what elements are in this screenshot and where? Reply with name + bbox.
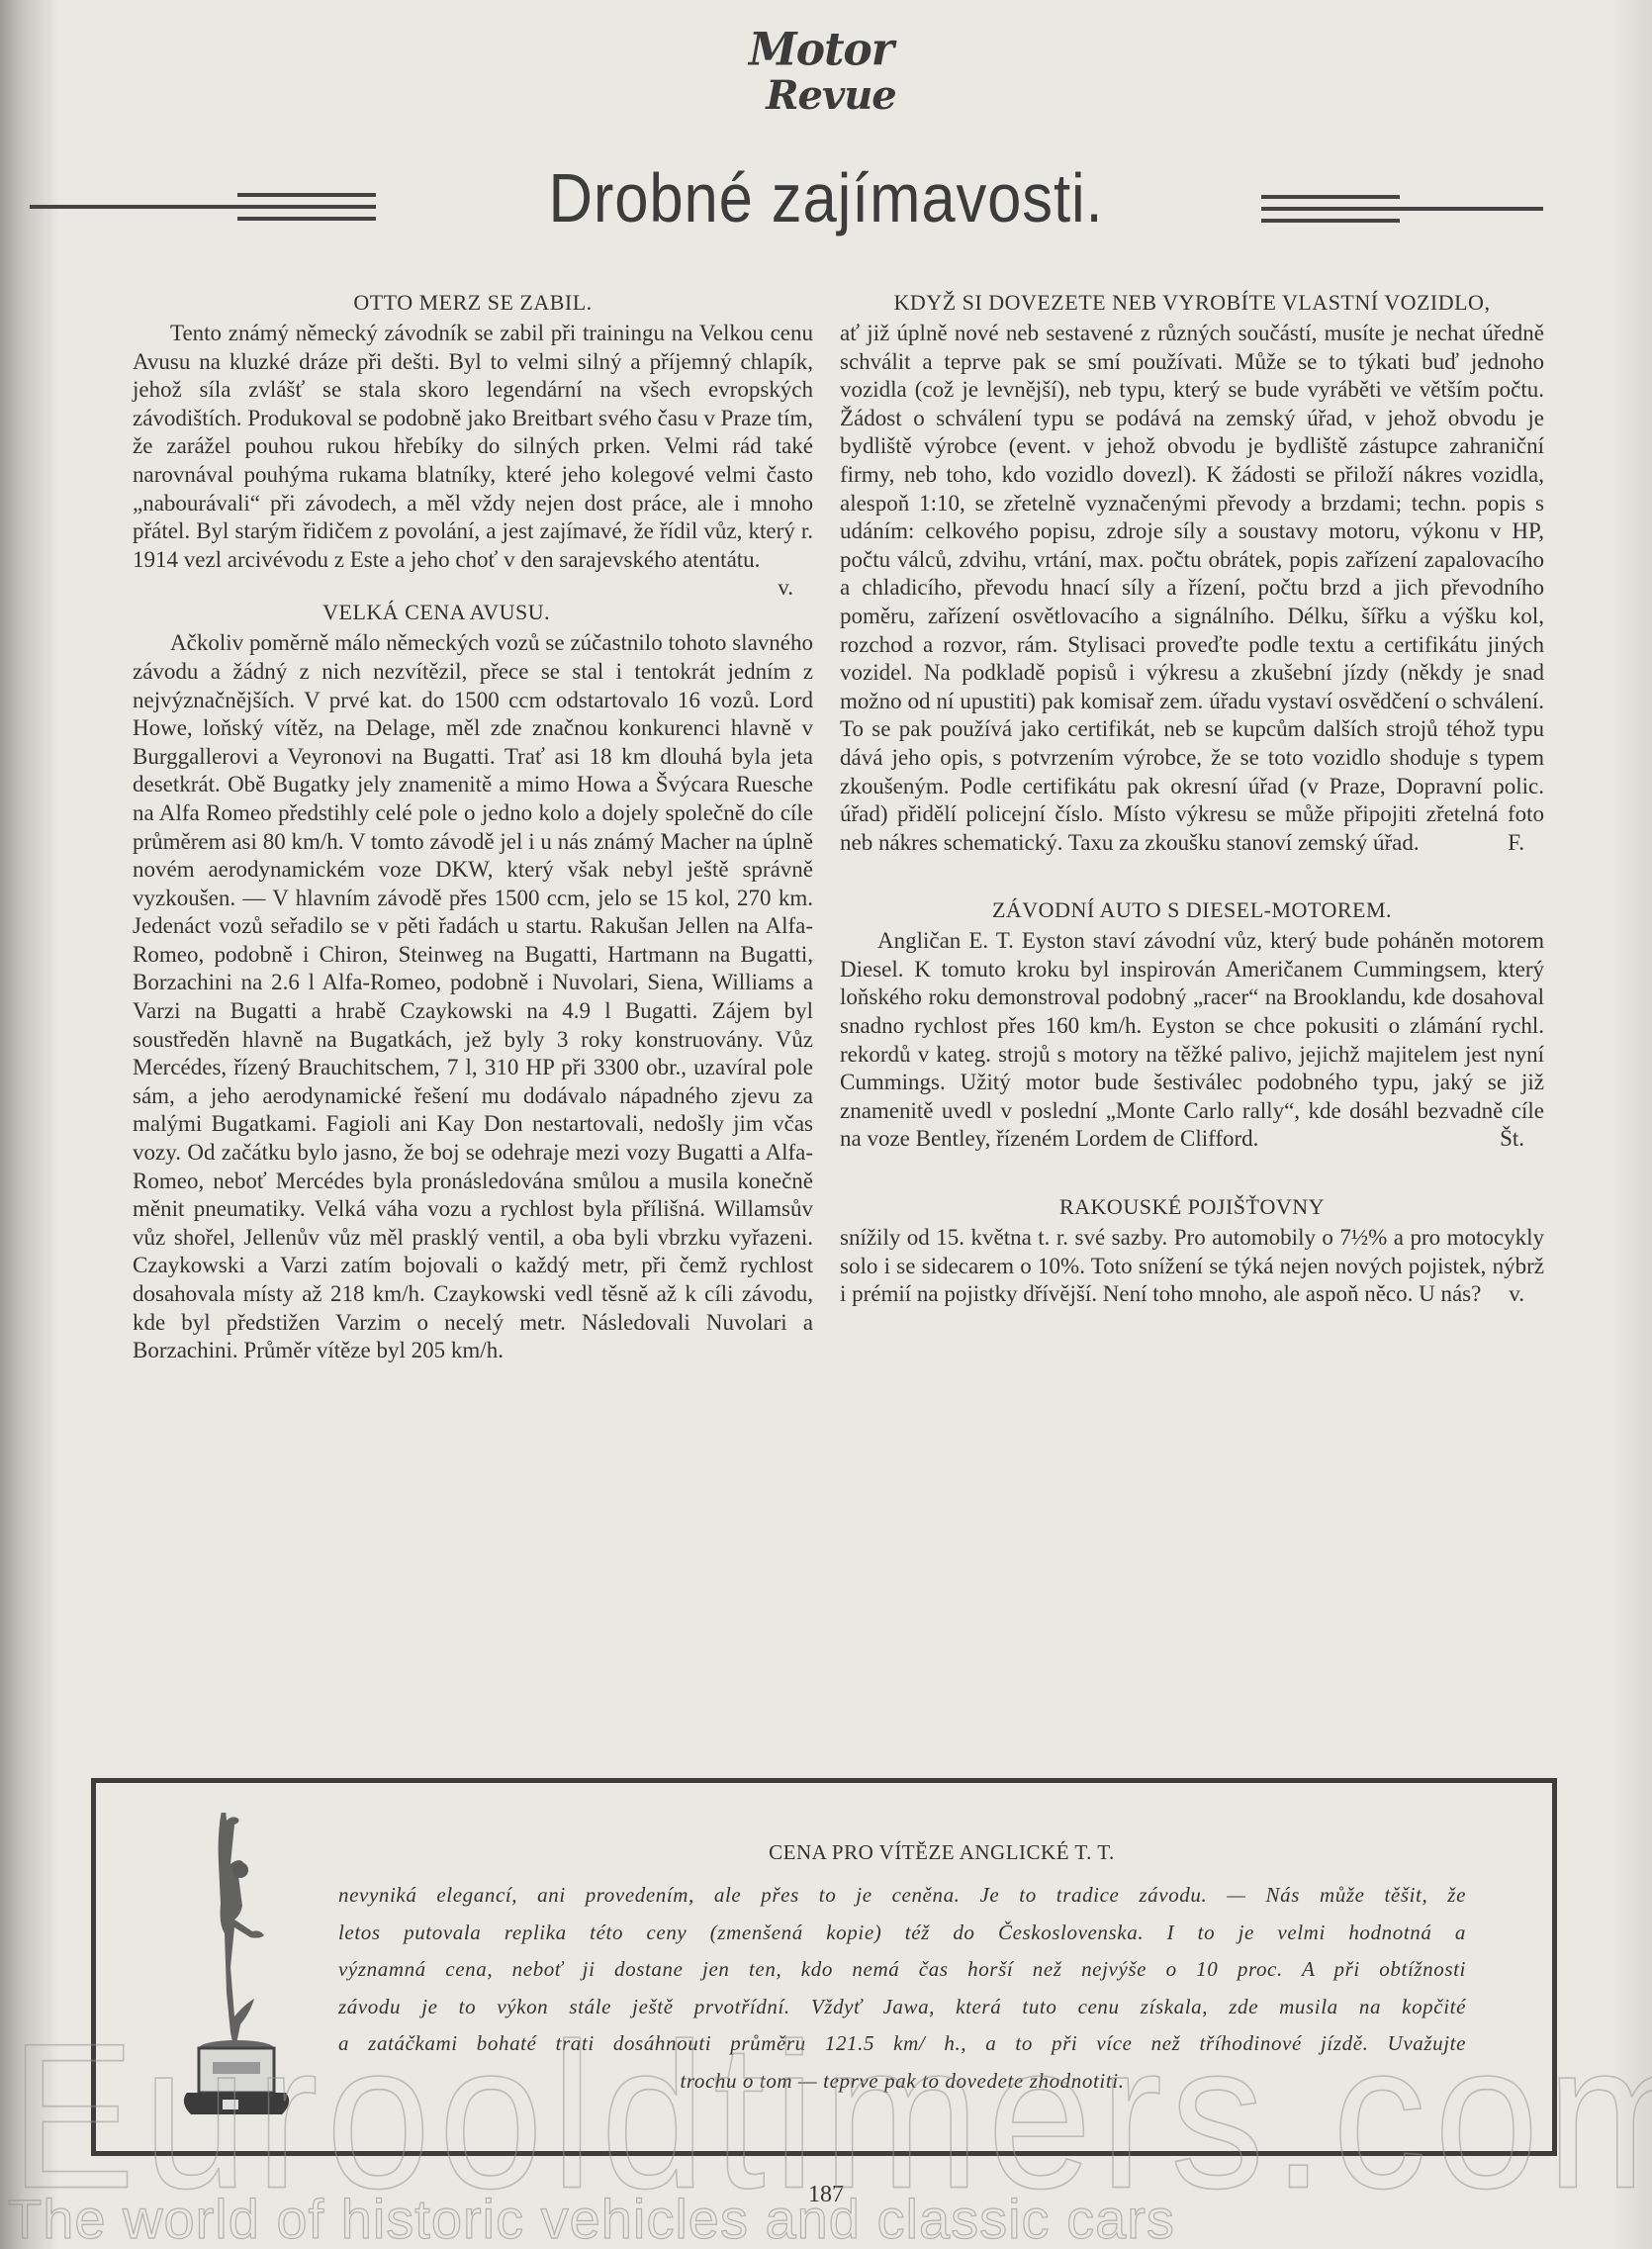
article-diesel-motor: ZÁVODNÍ AUTO S DIESEL-MOTOREM. Angličan … [840,896,1544,1154]
article-heading: RAKOUSKÉ POJIŠŤOVNY [840,1193,1544,1221]
article-text: Angličan E. T. Eyston staví závodní vůz,… [840,928,1544,1151]
article-signature: v. [1509,1280,1524,1309]
article-velka-cena-avusu: VELKÁ CENA AVUSU. Ačkoliv poměrně málo n… [133,599,813,1364]
article-signature: v. [740,574,793,603]
feature-line: nevyniká elegancí, ani provedením, ale p… [338,1877,1466,1915]
right-column: KDYŽ SI DOVEZETE NEB VYROBÍTE VLASTNÍ VO… [840,289,1544,1309]
article-body: Ačkoliv poměrně málo německých vozů se z… [133,629,813,1364]
feature-line: letos putovala replika této ceny (zmenše… [338,1915,1466,1952]
article-signature: Št. [1462,1125,1524,1154]
article-vlastni-vozidlo: KDYŽ SI DOVEZETE NEB VYROBÍTE VLASTNÍ VO… [840,289,1544,857]
feature-line: závodu je to výkon stále ještě prvotřídn… [338,1989,1466,2026]
logo-line-2: Revue [742,73,920,119]
article-text: snížily od 15. května t. r. své sazby. P… [840,1225,1544,1306]
feature-line: trochu o tom — teprve pak to dovedete zh… [338,2063,1466,2101]
logo-line-1: Motor [722,27,920,74]
feature-box-text: nevyniká elegancí, ani provedením, ale p… [338,1877,1466,2100]
article-text: Tento známý německý závodník se zabil př… [133,321,813,572]
page-number: 187 [0,2182,1652,2208]
page-title: Drobné zajímavosti. [99,158,1553,237]
article-signature: F. [1508,829,1524,858]
left-column: OTTO MERZ SE ZABIL. Tento známý německý … [133,289,813,1365]
page-edge-shadow [0,0,59,2249]
feature-box-tt-trophy: CENA PRO VÍTĚZE ANGLICKÉ T. T. nevyniká … [91,1778,1557,2156]
article-body: ať již úplně nové neb sestavené z různýc… [840,320,1544,857]
page-edge-shadow-right [1612,0,1652,2249]
motor-revue-logo: Motor Revue [722,28,920,119]
article-body: Angličan E. T. Eyston staví závodní vůz,… [840,927,1544,1154]
feature-box-heading: CENA PRO VÍTĚZE ANGLICKÉ T. T. [96,1840,1550,1865]
article-heading: ZÁVODNÍ AUTO S DIESEL-MOTOREM. [840,896,1544,924]
article-text: ať již úplně nové neb sestavené z různýc… [840,321,1544,855]
article-body: Tento známý německý závodník se zabil př… [133,320,813,574]
article-rakouske-pojistovny: RAKOUSKÉ POJIŠŤOVNY snížily od 15. květn… [840,1193,1544,1309]
article-heading: VELKÁ CENA AVUSU. [133,599,813,626]
feature-line: a zatáčkami bohaté trati dosáhnouti prům… [338,2025,1466,2063]
article-body: snížily od 15. května t. r. své sazby. P… [840,1224,1544,1309]
article-heading: KDYŽ SI DOVEZETE NEB VYROBÍTE VLASTNÍ VO… [840,289,1544,317]
article-otto-merz: OTTO MERZ SE ZABIL. Tento známý německý … [133,289,813,574]
feature-line: významná cena, neboť ji dostane jen ten,… [338,1951,1466,1989]
article-heading: OTTO MERZ SE ZABIL. [133,289,813,317]
